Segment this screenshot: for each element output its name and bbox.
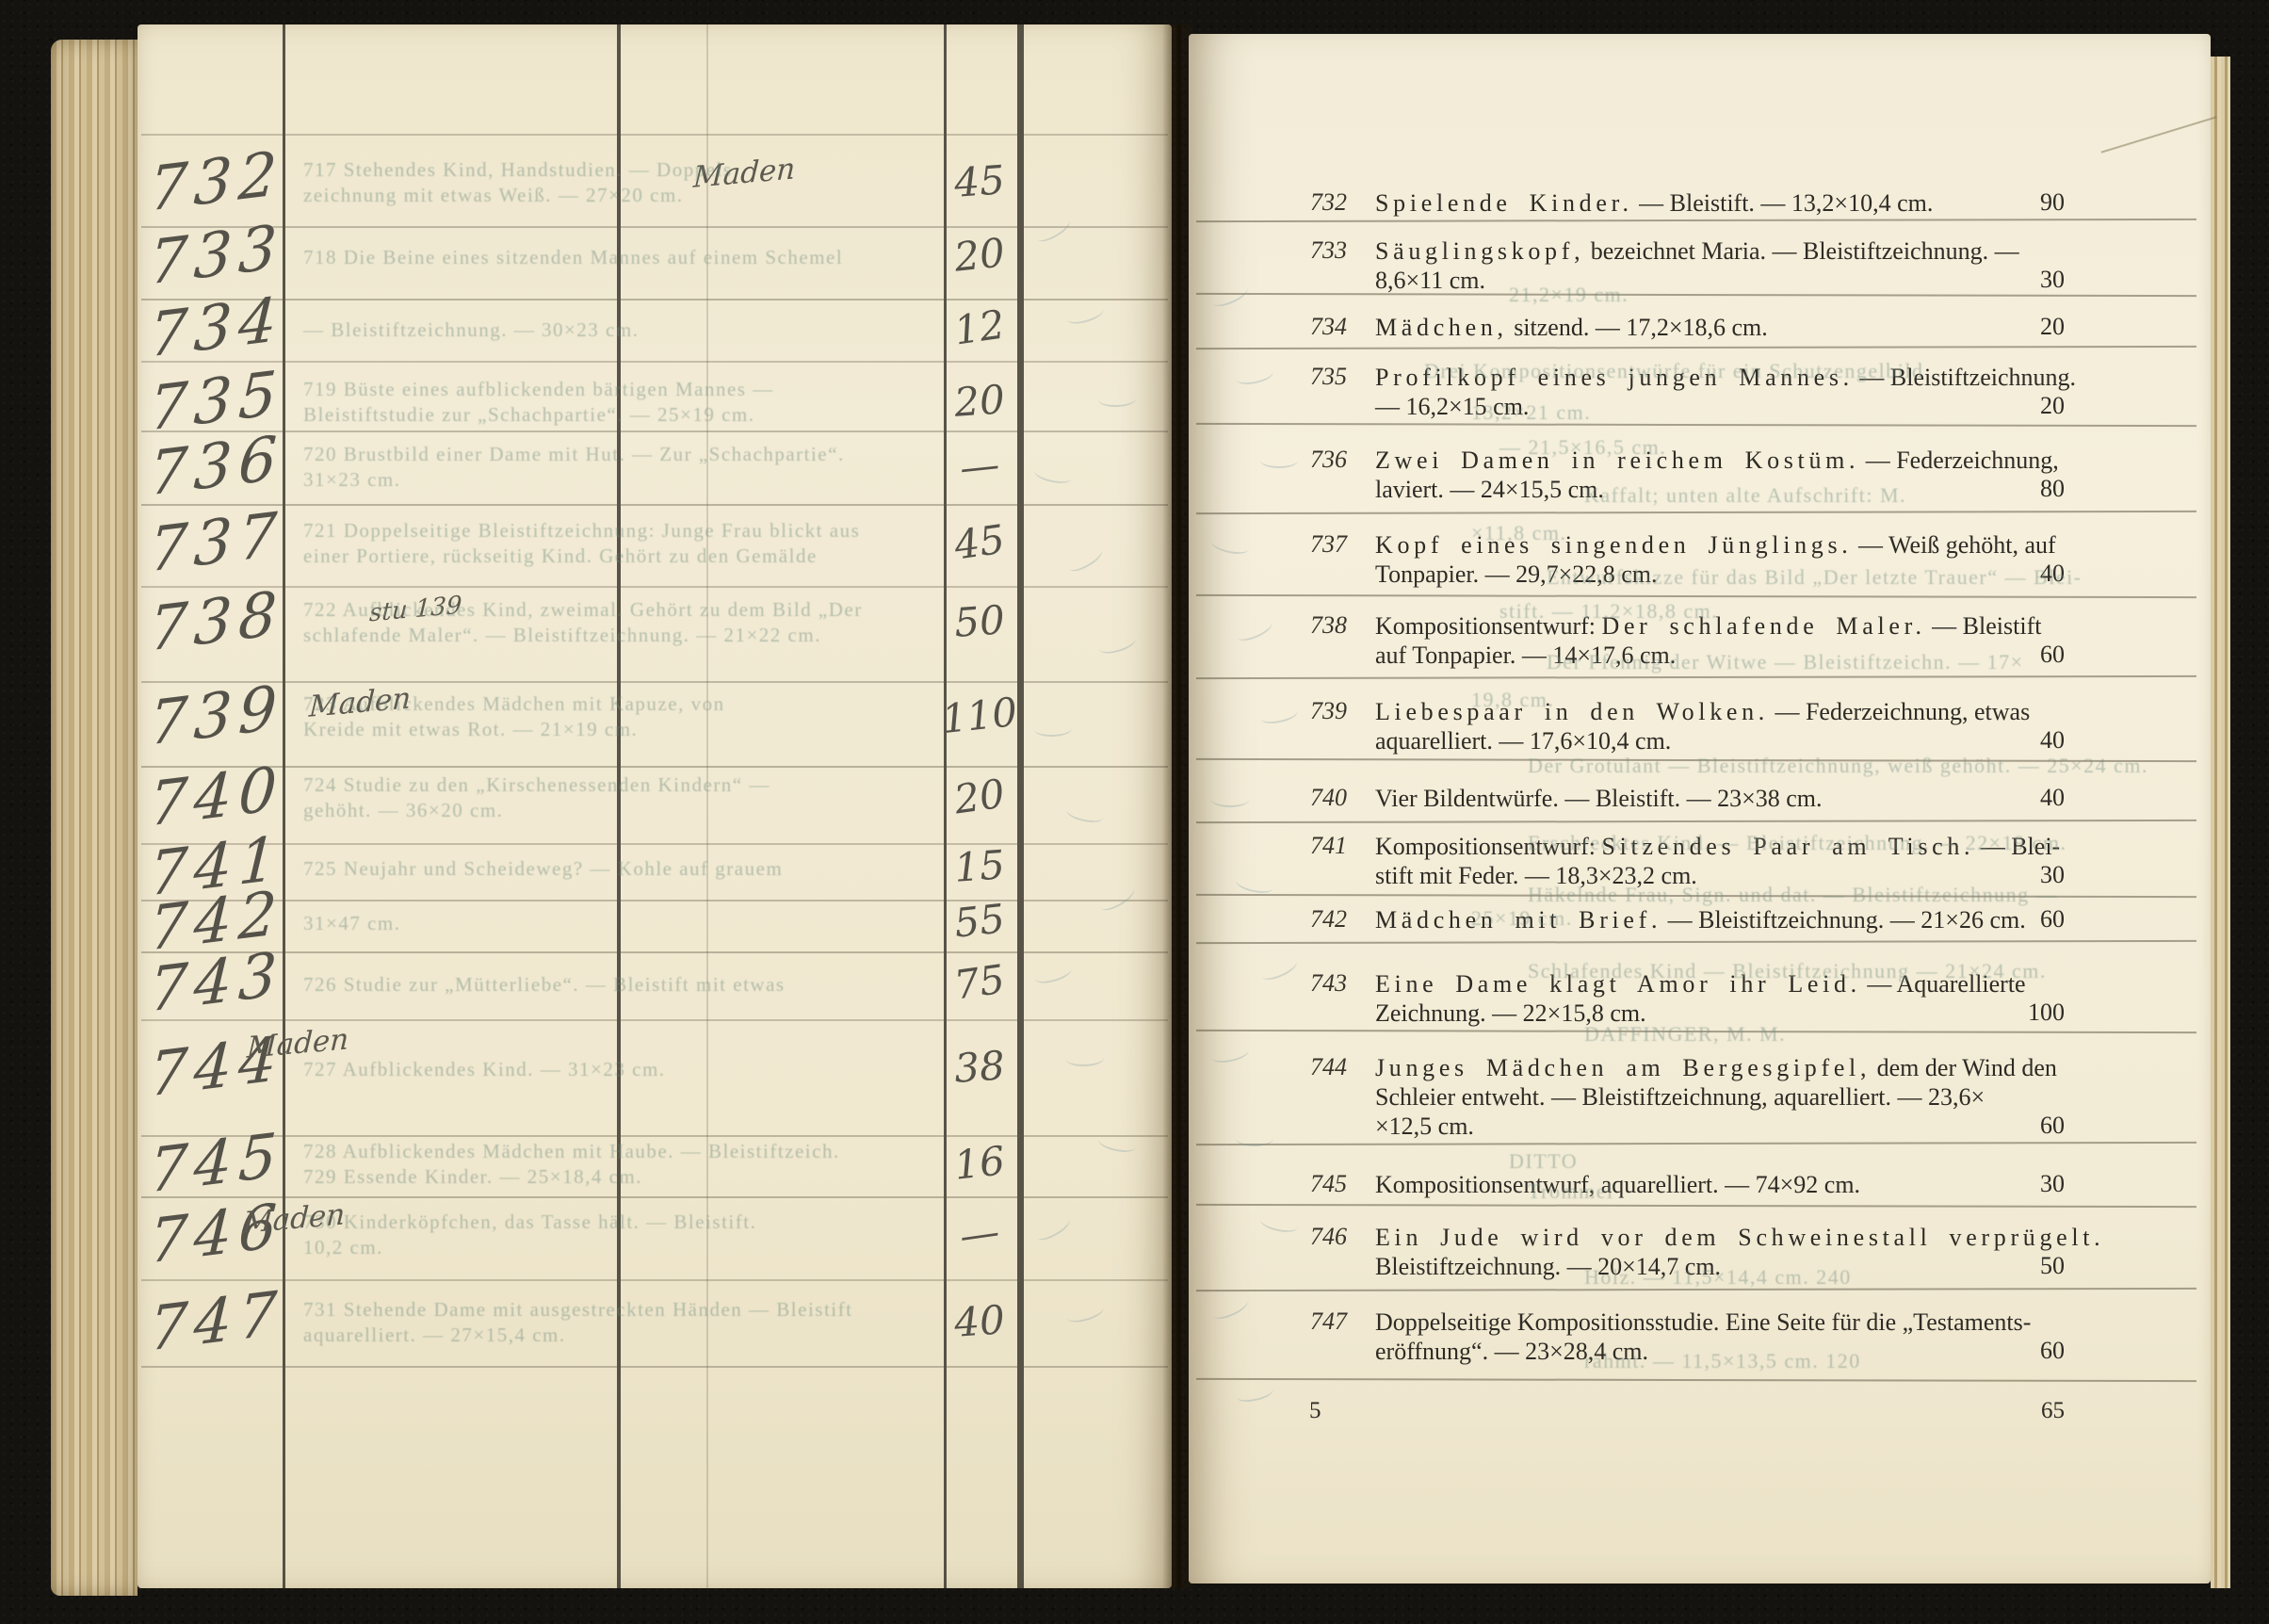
ledger-row-line <box>141 1196 1168 1198</box>
ghost-bleedthrough-text: 729 Essende Kinder. — 25×18,4 cm. <box>303 1164 840 1190</box>
ghost-bleedthrough-text: Drei Kompositionsentwürfe für ein Schutz… <box>1424 359 1924 383</box>
entry-title-spaced: Kopf eines singenden Jünglings. <box>1375 531 1852 559</box>
entry-number: 743 <box>1294 969 1347 998</box>
entry-number: 736 <box>1294 446 1347 474</box>
ghost-bleedthrough-text: aquarelliert. — 27×15,4 cm. <box>303 1323 852 1348</box>
entry-text-segment: — Federzeichnung, etwas <box>1769 698 2030 725</box>
row-divider <box>1196 940 2196 944</box>
entry-number: 741 <box>1294 832 1347 860</box>
entry-text-segment: ×12,5 cm. <box>1375 1112 1474 1140</box>
ghost-bleedthrough-block: 726 Studie zur „Mütterliebe“. — Bleistif… <box>303 972 786 998</box>
entry-price: 40 <box>1999 726 2065 755</box>
ghost-bleedthrough-text: 722 Aufblickendes Kind, zweimal. Gehört … <box>303 597 863 623</box>
ghost-bleedthrough-block: 731 Stehende Dame mit ausgestreckten Hän… <box>303 1297 852 1348</box>
entry-text-segment: 8,6×11 cm. <box>1375 267 1485 294</box>
pencil-smudge <box>1066 1050 1105 1066</box>
pencil-smudge <box>1236 1131 1273 1146</box>
ghost-bleedthrough-text: 19,8 cm. <box>1471 688 1554 712</box>
entry-number: 737 <box>1294 530 1347 559</box>
entry-text-segment: sitzend. — 17,2×18,6 cm. <box>1508 314 1768 341</box>
entry-text-segment: Doppelseitige Kompositionsstudie. Eine S… <box>1375 1308 2031 1336</box>
right-page: 5 65 732Spielende Kinder. — Bleistift. —… <box>1189 34 2211 1583</box>
entry-text-segment: — Federzeichnung, <box>1859 447 2059 474</box>
ghost-bleedthrough-text: Trommel <box>1528 1179 1614 1204</box>
pencil-smudge <box>1065 1301 1106 1325</box>
entry-text-line: Kompositionsentwurf, aquarelliert. — 74×… <box>1375 1170 2072 1199</box>
ledger-row-line <box>141 681 1168 683</box>
row-divider <box>1196 675 2196 679</box>
ghost-bleedthrough-text: 730 Kinderköpfchen, das Tasse hält. — Bl… <box>303 1210 756 1235</box>
catalog-entry: 733Säuglingskopf, bezeichnet Maria. — Bl… <box>1375 236 2072 295</box>
ghost-bleedthrough-block: 724 Studie zu den „Kirschenessenden Kind… <box>303 772 770 823</box>
entry-text-segment: aquarelliert. — 17,6×10,4 cm. <box>1375 727 1671 755</box>
ghost-bleedthrough-text: Bleistiftstudie zur „Schachpartie“. — 25… <box>303 402 774 428</box>
entry-number: 739 <box>1294 697 1347 725</box>
lot-number-handwritten: 738 <box>147 575 291 668</box>
entry-text: Vier Bildentwürfe. — Bleistift. — 23×38 … <box>1375 784 2072 813</box>
ghost-bleedthrough-block: 722 Aufblickendes Kind, zweimal. Gehört … <box>303 597 863 648</box>
price-handwritten: 20 <box>932 226 1028 284</box>
entry-number: 742 <box>1294 905 1347 934</box>
entry-text: Junges Mädchen am Bergesgipfel, dem der … <box>1375 1053 2072 1141</box>
entry-title-spaced: Junges Mädchen am Bergesgipfel, <box>1375 1054 1871 1081</box>
pencil-smudge <box>1033 1212 1074 1244</box>
entry-title-spaced: Mädchen, <box>1375 314 1508 341</box>
ghost-bleedthrough-text: stift. — 11,2×18,8 cm. <box>1499 599 1718 624</box>
entry-text-segment: Kompositionsentwurf, aquarelliert. — 74×… <box>1375 1171 1860 1198</box>
ghost-bleedthrough-block: 718 Die Beine eines sitzenden Mannes auf… <box>303 245 843 270</box>
row-divider <box>1196 423 2196 427</box>
price-handwritten: 45 <box>932 154 1026 210</box>
entry-text-segment: — Weiß gehöht, auf <box>1852 531 2055 559</box>
lot-number-handwritten: 737 <box>147 495 291 589</box>
entry-number: 732 <box>1294 188 1347 217</box>
row-divider <box>1196 219 2196 222</box>
pencil-smudge <box>1235 1382 1274 1405</box>
entry-price: 60 <box>1999 905 2065 934</box>
ghost-bleedthrough-text: einer Portiere, rückseitig Kind. Gehört … <box>303 544 860 569</box>
signature-mark: 5 <box>1309 1398 1321 1424</box>
ledger-row-line <box>141 586 1168 588</box>
entry-title-spaced: Säuglingskopf, <box>1375 237 1584 265</box>
ledger-row-line <box>141 361 1168 363</box>
pencil-smudge <box>1235 365 1274 387</box>
lot-number-handwritten: 747 <box>147 1275 291 1368</box>
entry-price: 40 <box>1999 784 2065 812</box>
ghost-bleedthrough-text: 25×19 cm. <box>1471 906 1573 931</box>
price-handwritten: — <box>932 437 1028 495</box>
entry-text-line: Zwei Damen in reichem Kostüm. — Federzei… <box>1375 446 2072 475</box>
entry-title-spaced: Liebespaar in den Wolken. <box>1375 698 1769 725</box>
ghost-bleedthrough-block: — Bleistiftzeichnung. — 30×23 cm. <box>303 317 639 343</box>
entry-text-line: 8,6×11 cm. <box>1375 266 2072 295</box>
entry-number: 735 <box>1294 363 1347 391</box>
ghost-bleedthrough-block: 31×47 cm. <box>303 911 401 936</box>
entry-text-segment: — Bleistiftzeichnung. — 21×26 cm. <box>1661 906 2026 934</box>
price-handwritten: 40 <box>932 1294 1026 1350</box>
pencil-smudge <box>1097 632 1138 657</box>
row-divider <box>1196 820 2196 823</box>
entry-text-segment: dem der Wind den <box>1871 1054 2057 1081</box>
page-number: 65 <box>1989 1398 2065 1424</box>
entry-text-segment: bezeichnet Maria. — Bleistiftzeichnung. … <box>1584 237 2018 265</box>
pencil-smudge <box>1033 463 1073 486</box>
pencil-smudge <box>1260 453 1298 468</box>
entry-text: Mädchen, sitzend. — 17,2×18,6 cm. <box>1375 313 2072 342</box>
entry-text-line: ×12,5 cm. <box>1375 1112 2072 1141</box>
entry-number: 738 <box>1294 611 1347 640</box>
ghost-bleedthrough-block: 727 Aufblickendes Kind. — 31×23 cm. <box>303 1057 666 1082</box>
entry-number: 745 <box>1294 1170 1347 1198</box>
entry-text: Kompositionsentwurf, aquarelliert. — 74×… <box>1375 1170 2072 1199</box>
price-handwritten: 15 <box>932 839 1026 895</box>
entry-number: 740 <box>1294 784 1347 812</box>
ghost-bleedthrough-text: 10,2 cm. <box>303 1235 756 1260</box>
pencil-smudge <box>1235 873 1274 896</box>
ghost-bleedthrough-text: Häkelnde Frau, Sign. und dat. — Bleistif… <box>1528 883 2058 907</box>
pencil-smudge <box>1209 282 1250 311</box>
ghost-bleedthrough-block: 730 Kinderköpfchen, das Tasse hält. — Bl… <box>303 1210 756 1260</box>
lot-number-handwritten: 739 <box>147 669 291 762</box>
pencil-smudge <box>1065 544 1106 576</box>
ghost-bleedthrough-text: Der Pfennig der Witwe — Bleistiftzeichn.… <box>1547 650 2024 674</box>
book-spread: 73245Maden717 Stehendes Kind, Handstudie… <box>0 0 2269 1624</box>
price-handwritten: 110 <box>932 687 1028 745</box>
catalog-entry: 744Junges Mädchen am Bergesgipfel, dem d… <box>1375 1053 2072 1141</box>
ghost-bleedthrough-block: 725 Neujahr und Scheideweg? — Kohle auf … <box>303 856 783 882</box>
pencil-smudge <box>1098 391 1137 407</box>
ghost-bleedthrough-text: 721 Doppelseitige Bleistiftzeichnung: Ju… <box>303 518 860 544</box>
ghost-bleedthrough-text: 31×47 cm. <box>303 911 401 936</box>
entry-price: 80 <box>1999 475 2065 503</box>
pencil-smudge <box>1210 1043 1250 1065</box>
ghost-bleedthrough-text: 731 Stehende Dame mit ausgestreckten Hän… <box>303 1297 852 1323</box>
ghost-bleedthrough-text: 718 Die Beine eines sitzenden Mannes auf… <box>303 245 843 270</box>
entry-title-spaced: Spielende Kinder. <box>1375 189 1633 217</box>
lot-number-handwritten: 743 <box>147 935 291 1029</box>
price-handwritten: 16 <box>932 1134 1028 1193</box>
pencil-smudge <box>1259 704 1299 726</box>
pencil-smudge <box>1097 883 1138 915</box>
row-divider <box>1196 1142 2196 1145</box>
ghost-bleedthrough-text: 720 Brustbild einer Dame mit Hut. — Zur … <box>303 442 845 467</box>
ghost-bleedthrough-text: 725 Neujahr und Scheideweg? — Kohle auf … <box>303 856 783 882</box>
entry-text-segment: laviert. — 24×15,5 cm. <box>1375 476 1604 503</box>
ledger-row-line <box>141 134 1168 136</box>
entry-price: 30 <box>1999 266 2065 294</box>
ghost-bleedthrough-text: Kreide mit etwas Rot. — 21×19 cm. <box>303 717 725 742</box>
ghost-bleedthrough-block: 723 Aufblickendes Mädchen mit Kapuze, vo… <box>303 691 725 742</box>
entry-price: 100 <box>1999 999 2065 1027</box>
entry-text-line: aquarelliert. — 17,6×10,4 cm. <box>1375 726 2072 755</box>
ghost-bleedthrough-text: — 21,5×16,5 cm. <box>1499 435 1666 460</box>
catalog-entry: 745Kompositionsentwurf, aquarelliert. — … <box>1375 1170 2072 1199</box>
ledger-row-line <box>141 1279 1168 1281</box>
entry-text-line: Säuglingskopf, bezeichnet Maria. — Bleis… <box>1375 236 2072 266</box>
ghost-bleedthrough-block: 720 Brustbild einer Dame mit Hut. — Zur … <box>303 442 845 493</box>
entry-text-line: Mädchen, sitzend. — 17,2×18,6 cm. <box>1375 313 2072 342</box>
ghost-bleedthrough-text: 21,2×19 cm. <box>1509 283 1629 307</box>
ghost-bleedthrough-text: 727 Aufblickendes Kind. — 31×23 cm. <box>303 1057 666 1082</box>
ghost-bleedthrough-text: 724 Studie zu den „Kirschenessenden Kind… <box>303 772 770 798</box>
entry-text-line: Kompositionsentwurf: Der schlafende Male… <box>1375 611 2072 641</box>
ghost-bleedthrough-text: 719 Büste eines aufblickenden bärtigen M… <box>303 377 774 402</box>
pencil-smudge <box>1209 1294 1250 1324</box>
entry-number: 747 <box>1294 1307 1347 1336</box>
entry-number: 733 <box>1294 236 1347 265</box>
entry-title-spaced: Ein Jude wird vor dem Schweinestall verp… <box>1375 1224 2104 1251</box>
entry-price: 30 <box>1999 1170 2065 1198</box>
ghost-bleedthrough-text: 31×23 cm. <box>303 467 845 493</box>
ghost-bleedthrough-text: 723 Aufblickendes Mädchen mit Kapuze, vo… <box>303 691 725 717</box>
ghost-bleedthrough-text: gehöht. — 36×20 cm. <box>303 798 770 823</box>
catalog-entry: 740Vier Bildentwürfe. — Bleistift. — 23×… <box>1375 784 2072 813</box>
entry-price: 50 <box>1999 1252 2065 1280</box>
entry-text: Spielende Kinder. — Bleistift. — 13,2×10… <box>1375 188 2072 218</box>
entry-text-line: Junges Mädchen am Bergesgipfel, dem der … <box>1375 1053 2072 1082</box>
entry-text-segment: Schleier entweht. — Bleistiftzeichnung, … <box>1375 1083 1985 1111</box>
catalog-entry: 734Mädchen, sitzend. — 17,2×18,6 cm.20 <box>1375 313 2072 342</box>
ghost-bleedthrough-text: rahmt. — 11,5×13,5 cm. 120 <box>1584 1349 1861 1373</box>
ghost-bleedthrough-text: 728 Aufblickendes Mädchen mit Haube. — B… <box>303 1139 840 1164</box>
pencil-smudge <box>1033 962 1074 986</box>
pencil-smudge <box>1034 721 1073 737</box>
row-divider <box>1196 1378 2196 1382</box>
entry-text-segment: Vier Bildentwürfe. — Bleistift. — 23×38 … <box>1375 785 1823 812</box>
ghost-bleedthrough-text: ×11,8 cm. <box>1471 521 1566 545</box>
ghost-bleedthrough-text: Entwurfskizze für das Bild „Der letzte T… <box>1547 565 2083 590</box>
pencil-smudge <box>1211 792 1249 807</box>
ledger-row-line <box>141 1019 1168 1021</box>
row-divider <box>1196 511 2196 514</box>
ledger-row-line <box>141 1366 1168 1368</box>
entry-price: 20 <box>1999 392 2065 420</box>
catalog-entry: 732Spielende Kinder. — Bleistift. — 13,2… <box>1375 188 2072 218</box>
pencil-smudge <box>1234 616 1274 645</box>
ghost-bleedthrough-text: 13,2×21 cm. <box>1471 400 1591 425</box>
entry-price: 20 <box>1999 313 2065 341</box>
entry-price: 60 <box>1999 1112 2065 1140</box>
pencil-smudge <box>1210 534 1250 557</box>
entry-number: 734 <box>1294 313 1347 341</box>
entry-text-line: Vier Bildentwürfe. — Bleistift. — 23×38 … <box>1375 784 2072 813</box>
ghost-bleedthrough-text: zeichnung mit etwas Weiß. — 27×20 cm. <box>303 183 733 208</box>
entry-text-segment: — Bleistift. — 13,2×10,4 cm. <box>1633 189 1934 217</box>
ghost-bleedthrough-text: Der Grotulant — Bleistiftzeichnung, weiß… <box>1528 754 2148 778</box>
ghost-bleedthrough-text: — Bleistiftzeichnung. — 30×23 cm. <box>303 317 639 343</box>
pencil-smudge <box>1033 214 1074 246</box>
ledger-row-line <box>141 504 1168 506</box>
price-handwritten: 38 <box>932 1040 1026 1096</box>
entry-text-segment: — Bleistift <box>1926 612 2042 640</box>
pencil-smudge <box>1065 803 1105 825</box>
price-handwritten: 55 <box>932 892 1028 950</box>
ghost-bleedthrough-text: Schlafendes Kind — Bleistiftzeichnung — … <box>1528 959 2047 983</box>
ghost-bleedthrough-text: Kaffalt; unten alte Aufschrift: M. <box>1584 483 1906 508</box>
entry-text-line: Ein Jude wird vor dem Schweinestall verp… <box>1375 1223 2072 1252</box>
left-page: 73245Maden717 Stehendes Kind, Handstudie… <box>138 24 1172 1588</box>
ghost-bleedthrough-block: 717 Stehendes Kind, Handstudien. — Doppe… <box>303 157 733 208</box>
entry-text: Säuglingskopf, bezeichnet Maria. — Bleis… <box>1375 236 2072 295</box>
ghost-bleedthrough-block: 721 Doppelseitige Bleistiftzeichnung: Ju… <box>303 518 860 569</box>
page-edge-stack-left <box>51 40 138 1596</box>
ghost-bleedthrough-text: 726 Studie zur „Mütterliebe“. — Bleistif… <box>303 972 786 998</box>
row-divider <box>1196 346 2196 349</box>
ghost-bleedthrough-text: DAFFINGER, M. M. <box>1584 1022 1786 1047</box>
price-handwritten: 50 <box>932 594 1026 650</box>
ledger-row-line <box>141 430 1168 432</box>
ghost-bleedthrough-text: Holz. — 11,5×14,4 cm. 240 <box>1584 1265 1852 1290</box>
pencil-smudge <box>1065 302 1106 327</box>
entry-price: 90 <box>1999 188 2065 217</box>
ghost-bleedthrough-text: Erschrecktes Kind. — Bleistiftzeichnung.… <box>1528 831 2066 855</box>
row-divider <box>1196 594 2196 598</box>
page-edge-stack-right <box>2211 57 2230 1588</box>
ghost-bleedthrough-block: 719 Büste eines aufblickenden bärtigen M… <box>303 377 774 428</box>
ghost-bleedthrough-text: DITTO <box>1509 1149 1578 1174</box>
entry-text-line: Spielende Kinder. — Bleistift. — 13,2×10… <box>1375 188 2072 218</box>
entry-number: 744 <box>1294 1053 1347 1081</box>
ghost-bleedthrough-text: 717 Stehendes Kind, Handstudien. — Doppe… <box>303 157 733 183</box>
price-handwritten: 20 <box>932 374 1026 430</box>
entry-price: 60 <box>1999 1337 2065 1365</box>
entry-number: 746 <box>1294 1223 1347 1251</box>
ghost-bleedthrough-text: schlafende Maler“. — Bleistiftzeichnung.… <box>303 623 863 648</box>
ghost-bleedthrough-block: 728 Aufblickendes Mädchen mit Haube. — B… <box>303 1139 840 1190</box>
entry-text-line: Schleier entweht. — Bleistiftzeichnung, … <box>1375 1082 2072 1112</box>
entry-text-line: Doppelseitige Kompositionsstudie. Eine S… <box>1375 1307 2072 1337</box>
row-divider <box>1196 1204 2196 1208</box>
pencil-smudge <box>1259 1212 1299 1235</box>
